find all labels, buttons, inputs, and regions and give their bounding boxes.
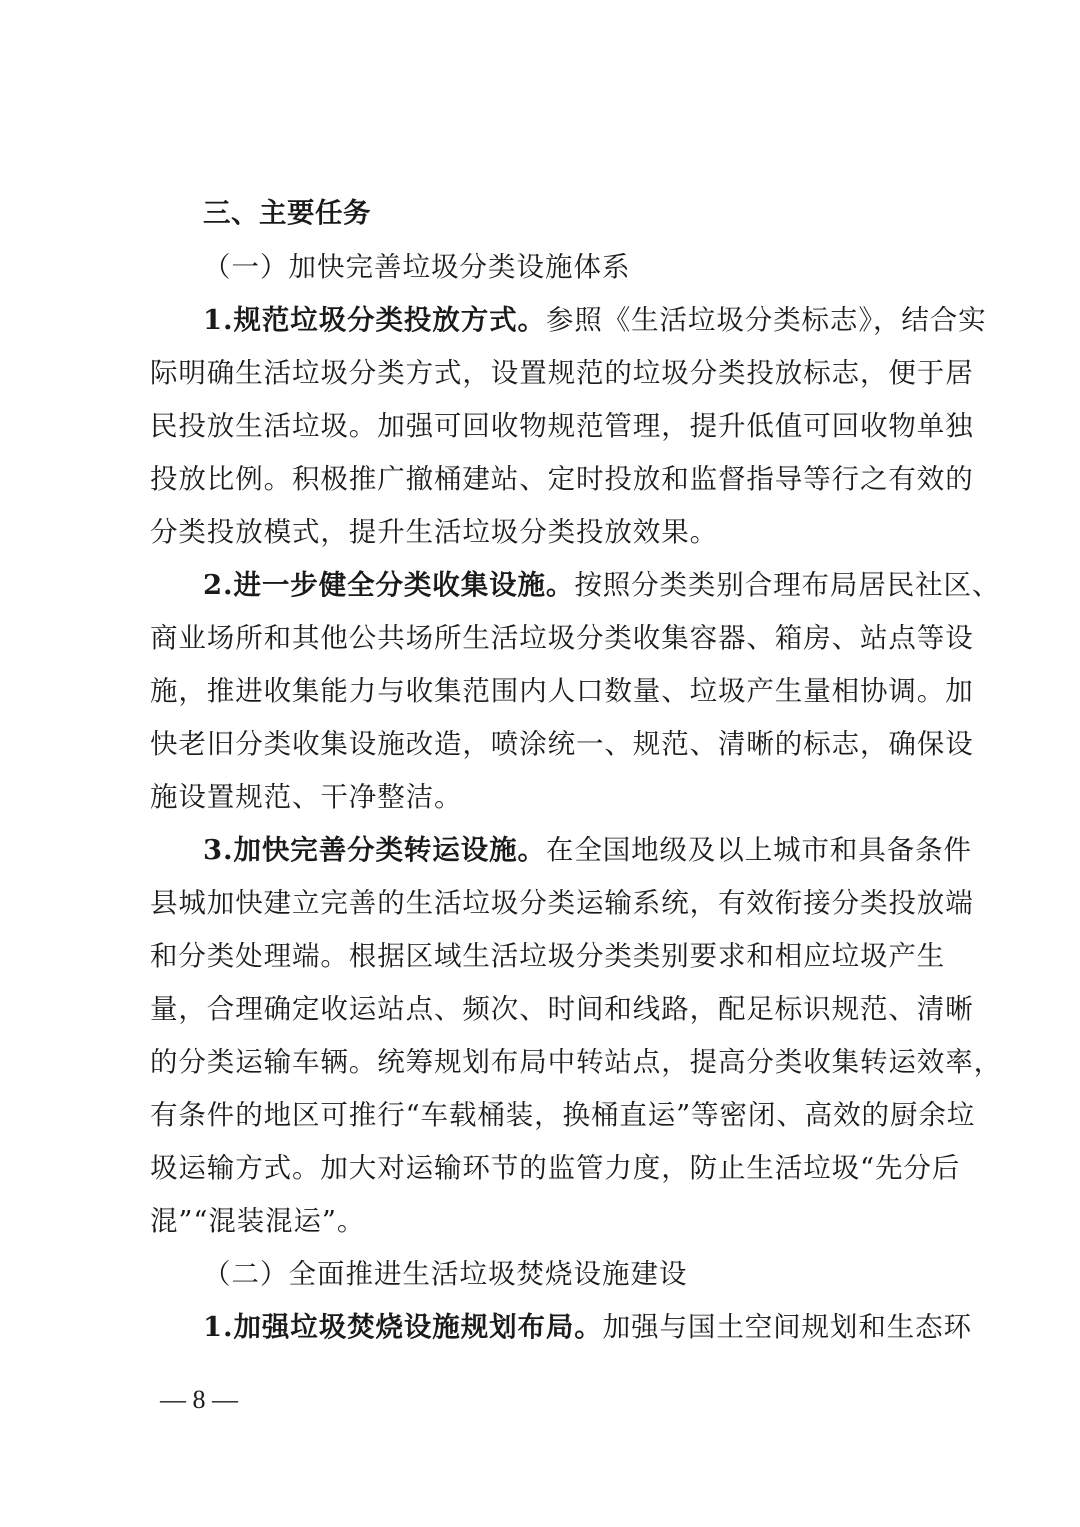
section-title: 三、主要任务 (203, 193, 371, 233)
paragraph-line: 1.加强垃圾焚烧设施规划布局。加强与国土空间规划和生态环 (203, 1307, 934, 1347)
paragraph-line: 商业场所和其他公共场所生活垃圾分类收集容器、箱房、站点等设 (150, 618, 934, 658)
subsection-title-2: （二）全面推进生活垃圾焚烧设施建设 (203, 1254, 688, 1294)
paragraph-line: 1.规范垃圾分类投放方式。参照《生活垃圾分类标志》，结合实 (203, 300, 934, 340)
document-page: 三、主要任务 （一）加快完善垃圾分类设施体系 1.规范垃圾分类投放方式。参照《生… (0, 0, 1080, 1527)
page-number: — 8 — (160, 1382, 238, 1418)
item-lead: 3.加快完善分类转运设施。 (203, 834, 546, 866)
paragraph-line: 混”“混装混运”。 (150, 1201, 934, 1241)
item-lead: 1.加强垃圾焚烧设施规划布局。 (203, 1311, 603, 1343)
subsection-title-1: （一）加快完善垃圾分类设施体系 (203, 247, 631, 287)
paragraph-line: 县城加快建立完善的生活垃圾分类运输系统，有效衔接分类投放端 (150, 883, 934, 923)
paragraph-line: 和分类处理端。根据区域生活垃圾分类类别要求和相应垃圾产生 (150, 936, 934, 976)
paragraph-line: 施，推进收集能力与收集范围内人口数量、垃圾产生量相协调。加 (150, 671, 934, 711)
paragraph-line: 圾运输方式。加大对运输环节的监管力度，防止生活垃圾“先分后 (150, 1148, 934, 1188)
paragraph-line: 民投放生活垃圾。加强可回收物规范管理，提升低值可回收物单独 (150, 406, 934, 446)
paragraph-line: 量，合理确定收运站点、频次、时间和线路，配足标识规范、清晰 (150, 989, 934, 1029)
paragraph-line: 施设置规范、干净整洁。 (150, 777, 934, 817)
paragraph-line: 有条件的地区可推行“车载桶装，换桶直运”等密闭、高效的厨余垃 (150, 1095, 934, 1135)
paragraph-line: 际明确生活垃圾分类方式，设置规范的垃圾分类投放标志，便于居 (150, 353, 934, 393)
item-lead: 2.进一步健全分类收集设施。 (203, 569, 574, 601)
paragraph-line: 的分类运输车辆。统筹规划布局中转站点，提高分类收集转运效率， (150, 1042, 934, 1082)
paragraph-line: 2.进一步健全分类收集设施。按照分类类别合理布局居民社区、 (203, 565, 934, 605)
paragraph-line: 快老旧分类收集设施改造，喷涂统一、规范、清晰的标志，确保设 (150, 724, 934, 764)
paragraph-line: 3.加快完善分类转运设施。在全国地级及以上城市和具备条件 (203, 830, 934, 870)
paragraph-line: 投放比例。积极推广撤桶建站、定时投放和监督指导等行之有效的 (150, 459, 934, 499)
item-lead: 1.规范垃圾分类投放方式。 (203, 304, 546, 336)
paragraph-line: 分类投放模式，提升生活垃圾分类投放效果。 (150, 512, 934, 552)
